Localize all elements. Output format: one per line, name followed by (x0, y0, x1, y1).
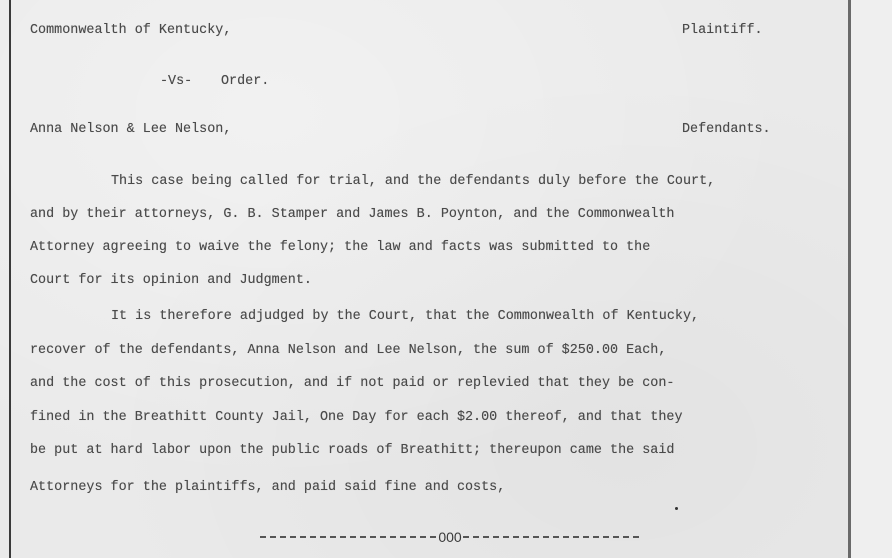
body-line-9: be put at hard labor upon the public roa… (30, 443, 674, 459)
body-line-1: This case being called for trial, and th… (111, 174, 715, 190)
scanned-document-page: Commonwealth of Kentucky, Plaintiff. -Vs… (0, 0, 892, 558)
defendant-role: Defendants. (682, 122, 771, 138)
body-line-10: Attorneys for the plaintiffs, and paid s… (30, 480, 505, 496)
body-line-4: Court for its opinion and Judgment. (30, 273, 312, 289)
page-edge (851, 0, 892, 558)
body-line-7: and the cost of this prosecution, and if… (30, 376, 674, 392)
left-margin-rule (9, 0, 11, 558)
defendant-names: Anna Nelson & Lee Nelson, (30, 122, 231, 138)
plaintiff-name: Commonwealth of Kentucky, (30, 23, 231, 39)
body-line-2: and by their attorneys, G. B. Stamper an… (30, 207, 674, 223)
divider-mark: 000 (437, 529, 462, 545)
body-line-8: fined in the Breathitt County Jail, One … (30, 410, 683, 426)
ink-speck (675, 507, 678, 510)
versus-label: -Vs- (160, 74, 192, 90)
body-line-5: It is therefore adjudged by the Court, t… (111, 309, 699, 325)
closing-divider: 000 (260, 529, 640, 545)
plaintiff-role: Plaintiff. (682, 23, 763, 39)
divider-dashes-left (260, 536, 437, 538)
body-line-3: Attorney agreeing to waive the felony; t… (30, 240, 650, 256)
divider-dashes-right (463, 536, 640, 538)
document-title: Order. (221, 74, 269, 90)
body-line-6: recover of the defendants, Anna Nelson a… (30, 343, 666, 359)
